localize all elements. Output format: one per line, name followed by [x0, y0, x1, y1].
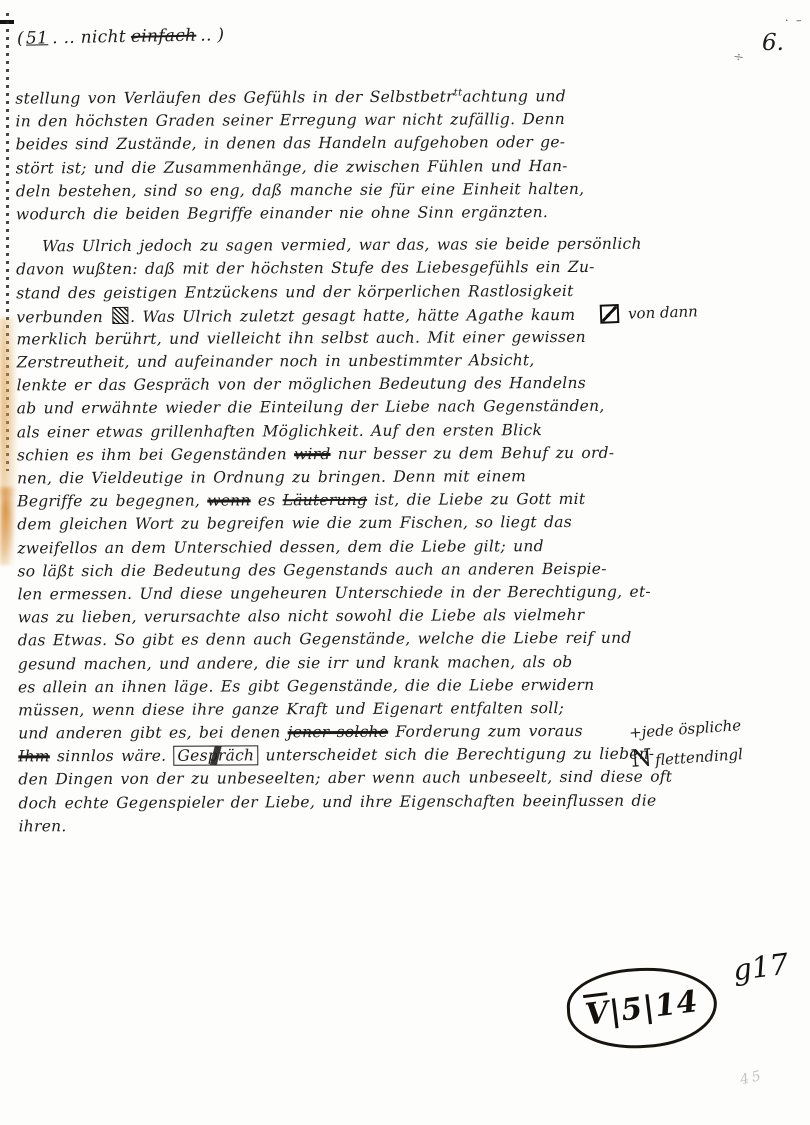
manuscript-line: was zu lieben, verursachte also nicht so… — [18, 606, 663, 632]
manuscript-line: Zerstreutheit, und aufeinander noch in u… — [17, 351, 662, 377]
faint-corner-number: 45 — [739, 1068, 766, 1089]
manuscript-line: gesund machen, und andere, die sie irr u… — [18, 652, 663, 678]
struck-word: Läuterung — [283, 491, 368, 509]
manuscript-line: schien es ihm bei Gegenständen wird nur … — [17, 443, 662, 469]
redacted-word-box — [112, 307, 128, 324]
margin-note-2-rest: flettendingl — [654, 745, 743, 769]
margin-annotation-2: +jede öspliche Nflettendingl — [628, 712, 744, 775]
scan-edge-dotted-line — [6, 13, 9, 471]
manuscript-page: (51. .. nichteinfach.. ) 6. · – ÷ stellu… — [0, 0, 810, 1125]
manuscript-line: zweifellos an dem Unterschied dessen, de… — [17, 536, 662, 562]
header-struck-word: einfach — [131, 26, 197, 47]
manuscript-text: stellung von Verläufen des Gefühls in de… — [15, 87, 663, 841]
struck-word: Ihm — [18, 748, 50, 766]
header-close: .. ) — [200, 25, 224, 45]
manuscript-line: in den höchsten Graden seiner Erregung w… — [15, 110, 660, 136]
manuscript-line: beides sind Zustände, in denen das Hande… — [16, 133, 661, 159]
page-number: 6. — [762, 30, 784, 56]
margin-note-1-text: von dann — [628, 302, 698, 322]
header-mid-text: . .. nicht — [52, 27, 126, 48]
manuscript-line: stand des geistigen Entzückens und der k… — [16, 281, 661, 307]
manuscript-line: lenkte er das Gespräch von der möglichen… — [17, 374, 662, 400]
manuscript-line: ab und erwähnte wieder die Einteilung de… — [17, 397, 662, 423]
struck-word: jener solche — [288, 723, 389, 741]
manuscript-line: das Etwas. So gibt es denn auch Gegenstä… — [18, 629, 663, 655]
header-number: 51 — [26, 28, 49, 48]
stray-pencil-mark: ÷ — [732, 49, 745, 65]
stamp-numbers: |5|14 — [608, 984, 701, 1030]
crossed-box-icon — [600, 304, 620, 324]
paper-stain-lower — [0, 487, 16, 565]
manuscript-line: dem gleichen Wort zu begreifen wie die z… — [17, 513, 662, 539]
manuscript-line: Ihm sinnlos wäre. Gespräch unterscheidet… — [18, 745, 663, 771]
manuscript-line: müssen, wenn diese ihre ganze Kraft und … — [18, 698, 663, 724]
manuscript-line: Was Ulrich jedoch zu sagen vermied, war … — [16, 235, 661, 261]
paragraph-2: Was Ulrich jedoch zu sagen vermied, war … — [16, 235, 664, 841]
manuscript-line: Begriffe zu begegnen, wenn es Läuterung … — [17, 490, 662, 516]
manuscript-line: ihren. — [19, 814, 664, 840]
struck-word: wenn — [207, 492, 250, 510]
inserted-word: tt — [454, 87, 463, 98]
manuscript-line: den Dingen von der zu unbeseelten; aber … — [18, 768, 663, 794]
paper-stain-upper — [0, 318, 18, 496]
manuscript-line: len ermessen. Und diese ungeheuren Unter… — [18, 583, 663, 609]
header-note: (51. .. nichteinfach.. ) — [17, 25, 225, 49]
manuscript-line: als einer etwas grillenhaften Möglichkei… — [17, 420, 662, 446]
manuscript-line: nen, die Vieldeutige in Ordnung zu bring… — [17, 467, 662, 493]
manuscript-line: deln bestehen, sind so eng, daß manche s… — [16, 179, 661, 205]
manuscript-line: davon wußten: daß mit der höchsten Stufe… — [16, 258, 661, 284]
margin-annotation-1: von dann — [600, 301, 698, 323]
header-open: ( — [17, 29, 24, 49]
manuscript-line: stellung von Verläufen des Gefühls in de… — [15, 87, 660, 113]
manuscript-line: wodurch die beiden Begriffe einander nie… — [16, 203, 661, 229]
paragraph-1: stellung von Verläufen des Gefühls in de… — [15, 87, 661, 229]
margin-note-2-line2: Nflettendingl — [630, 738, 744, 775]
margin-note-2-initial: N — [630, 743, 653, 772]
manuscript-line: doch echte Gegenspieler der Liebe, und i… — [18, 791, 663, 817]
manuscript-line: so läßt sich die Bedeutung des Gegenstan… — [17, 559, 662, 585]
struck-word: wird — [294, 445, 331, 463]
archive-signature-text: V|5|14 — [583, 984, 700, 1033]
stray-corner-dots: · – — [785, 14, 804, 27]
manuscript-line: stört ist; und die Zusammenhänge, die zw… — [16, 156, 661, 182]
manuscript-line: merklich berührt, und vielleicht ihn sel… — [16, 327, 661, 353]
manuscript-line: es allein an ihnen läge. Es gibt Gegenst… — [18, 675, 663, 701]
catalog-mark: g17 — [731, 947, 790, 988]
manuscript-line: verbunden . Was Ulrich zuletzt gesagt ha… — [16, 304, 661, 330]
archive-signature-oval: V|5|14 — [565, 964, 719, 1052]
manuscript-line: und anderen gibt es, bei denen jener sol… — [18, 722, 663, 748]
boxed-word: Gespräch — [173, 746, 258, 766]
